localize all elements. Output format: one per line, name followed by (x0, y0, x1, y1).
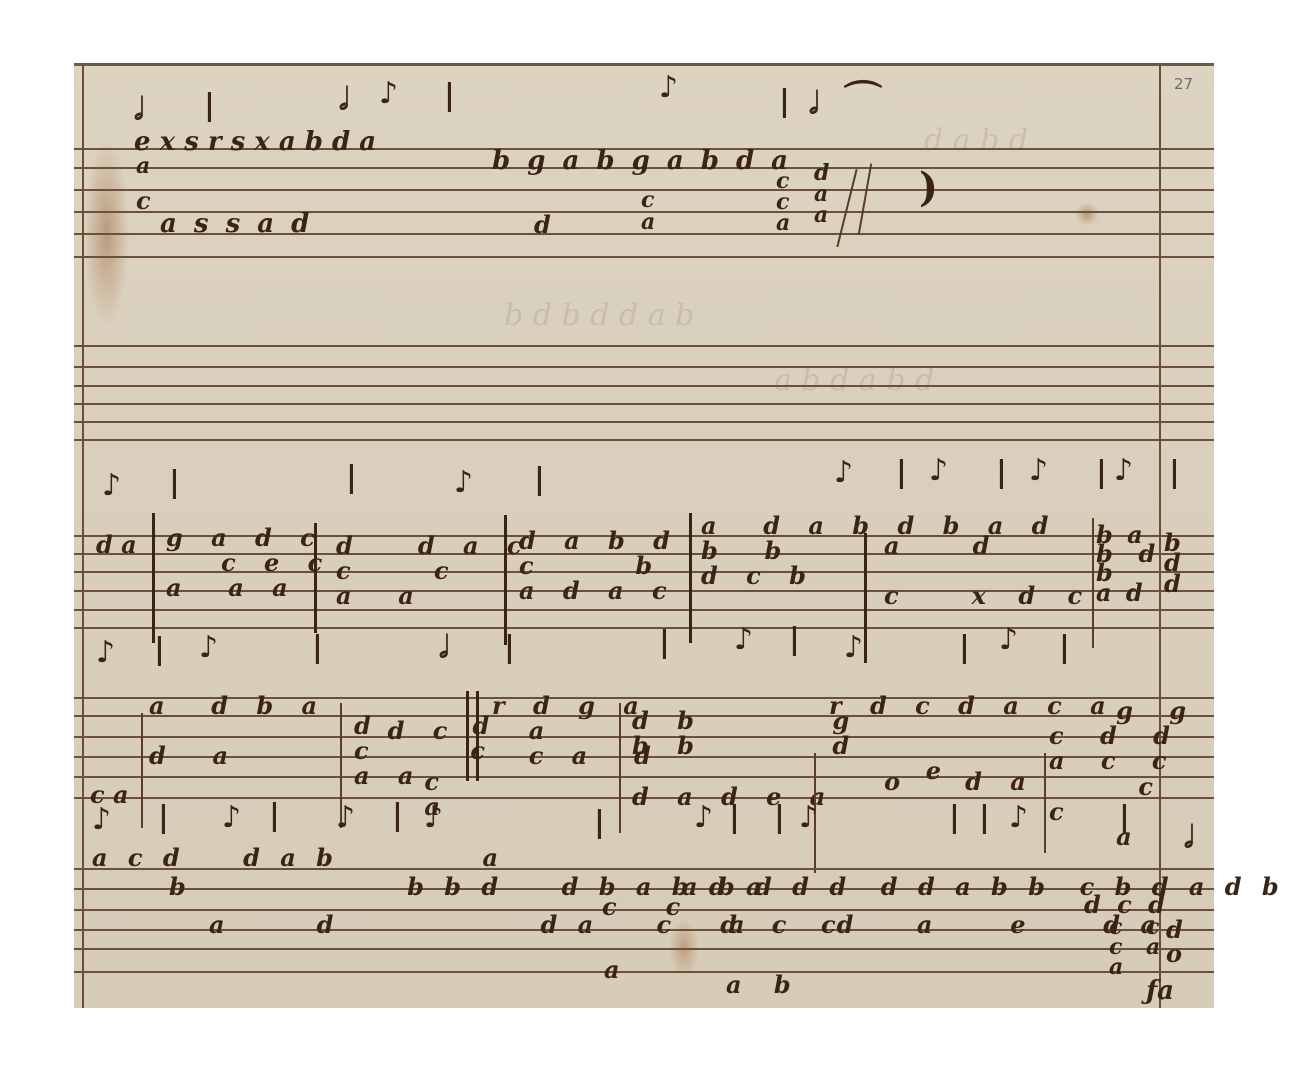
final-double-bar (836, 169, 857, 247)
water-stain (1074, 203, 1100, 225)
fermata: ) (919, 168, 938, 208)
bleed-through: b d b d d a b (504, 298, 694, 333)
bleed-through: a b d a b d (774, 363, 934, 398)
folio-number: 27 (1174, 75, 1193, 93)
manuscript-page: 27 b d b d d a b a b d a b d d a b d 𝅗𝅥 … (74, 63, 1214, 1008)
bleed-through: d a b d (924, 123, 1028, 158)
